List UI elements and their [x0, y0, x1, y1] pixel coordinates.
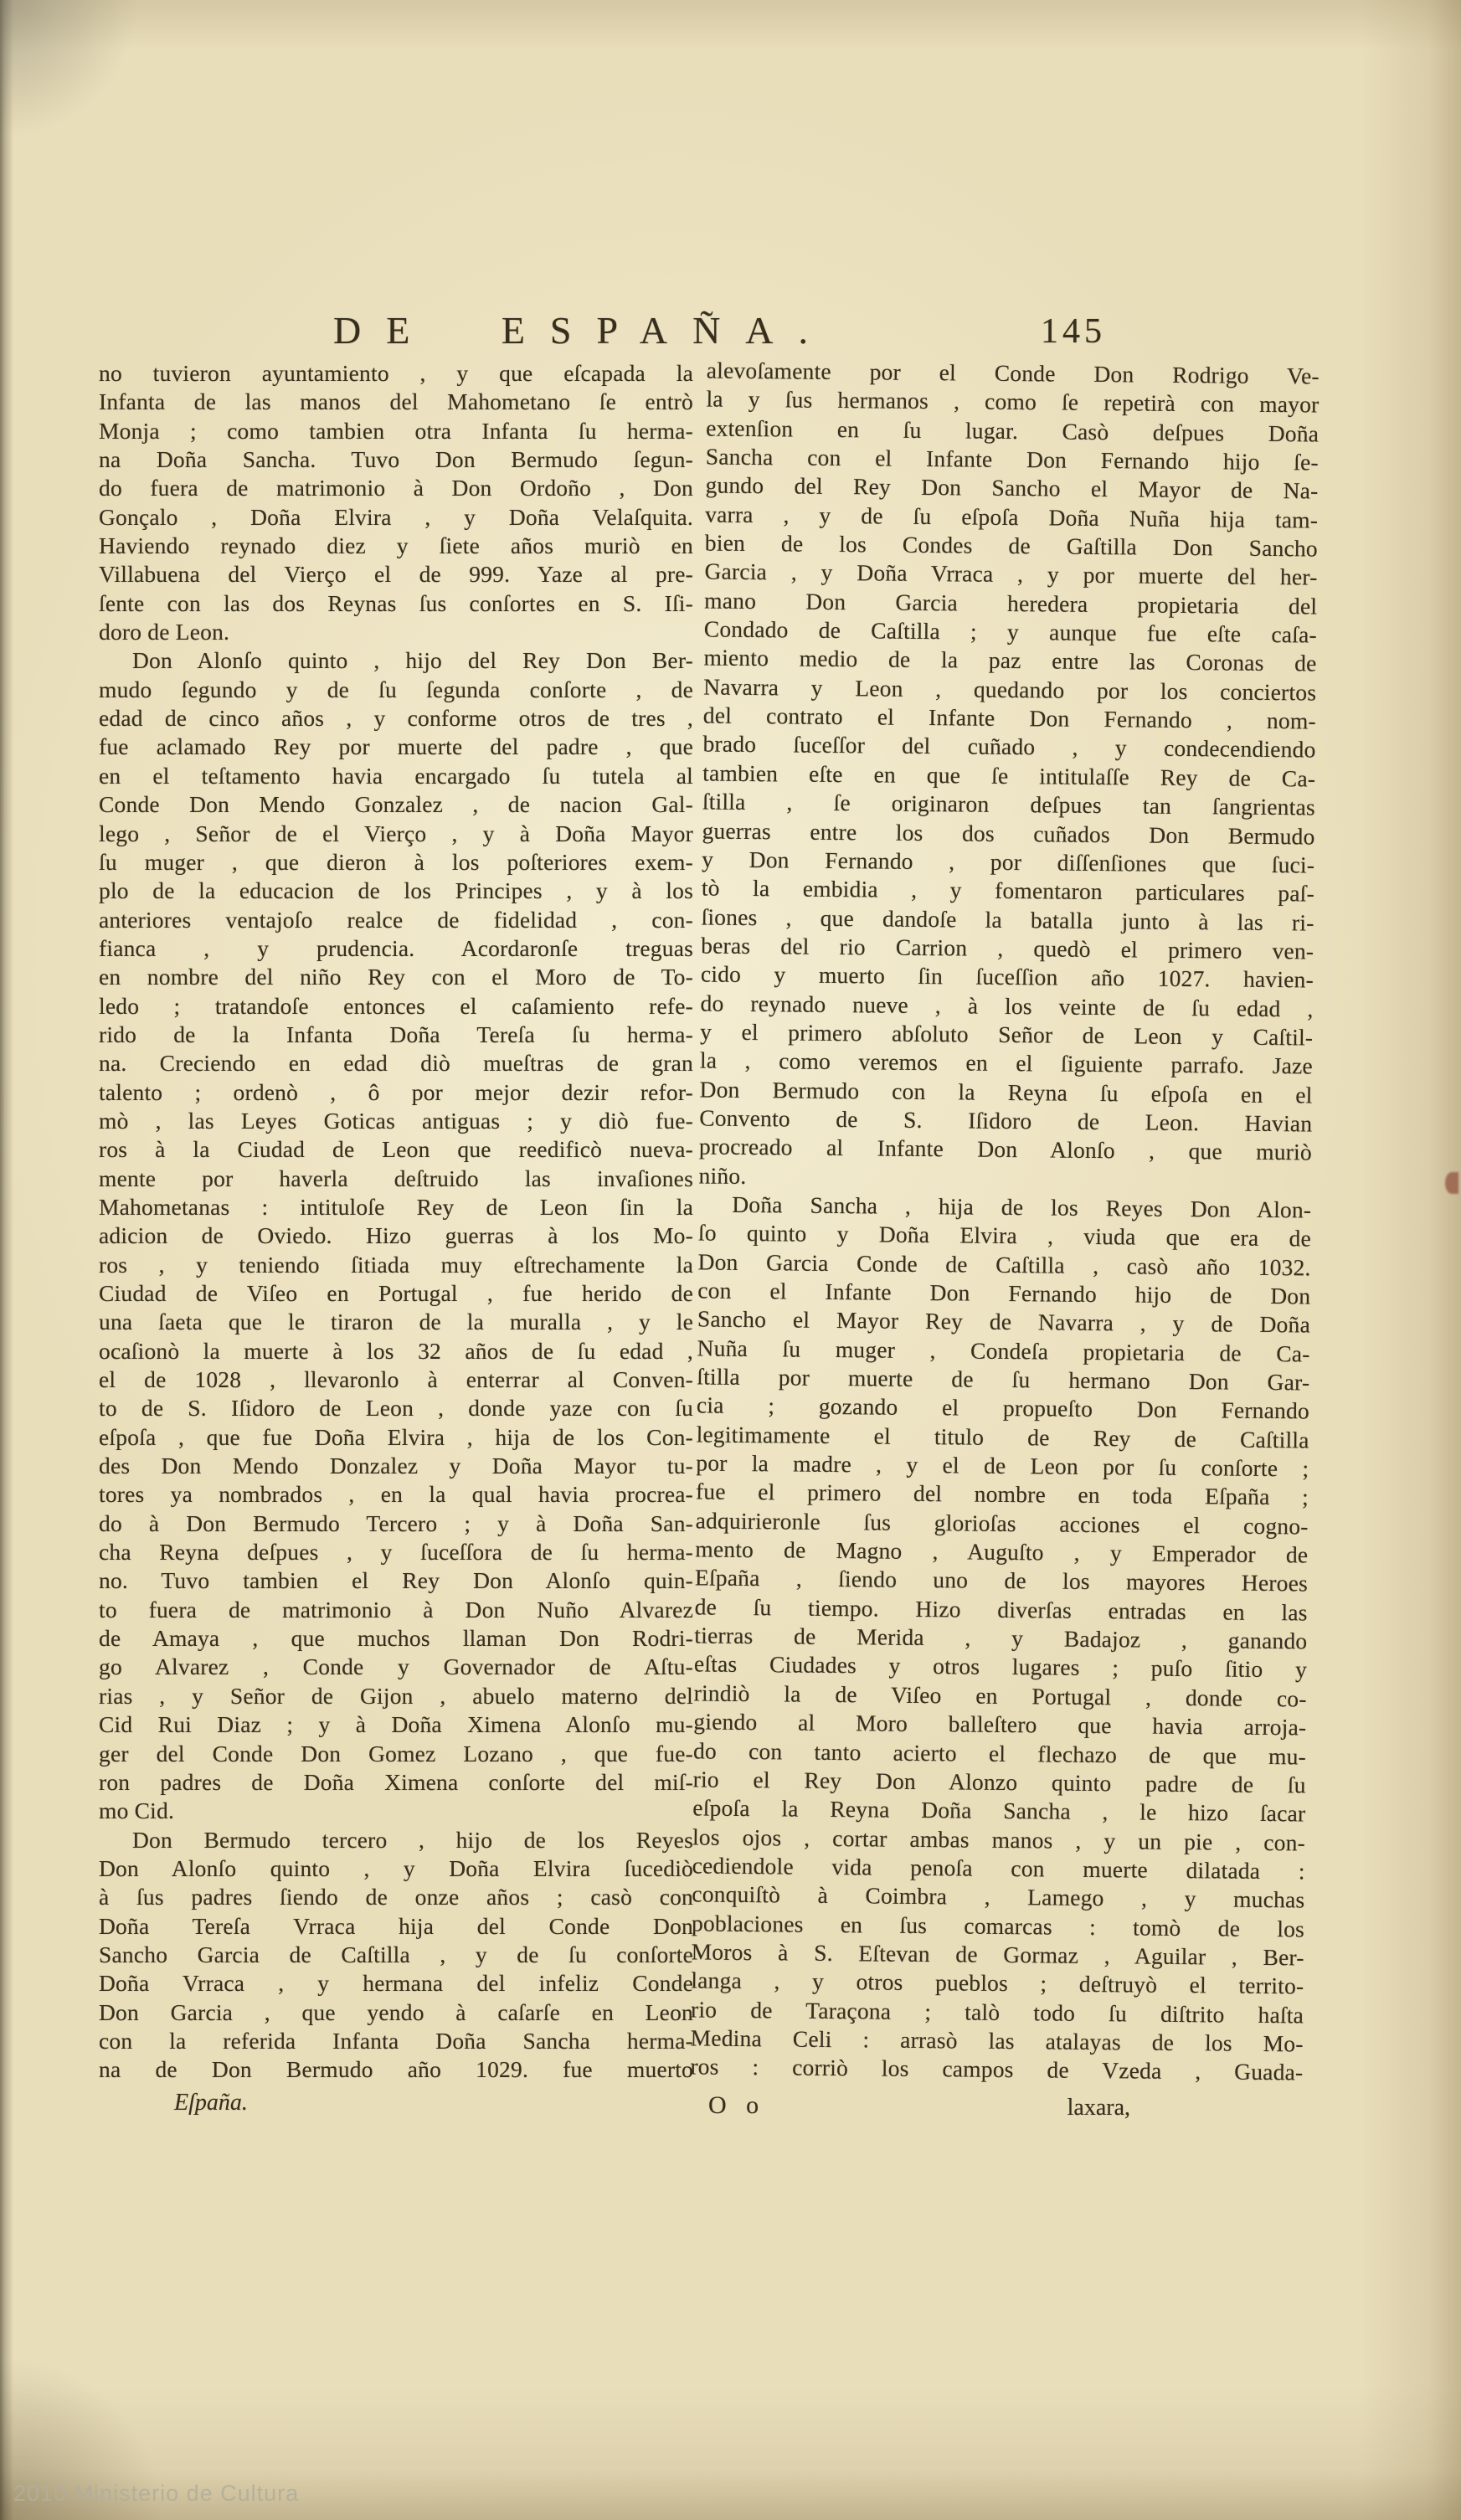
text-line: na Doña Sancha. Tuvo Don Bermudo ſegun-: [99, 445, 693, 474]
text-line: mudo ſegundo y de ſu ſegunda conſorte , …: [99, 676, 693, 704]
text-line: ſente con las dos Reynas ſus conſortes e…: [99, 589, 693, 618]
text-line: fue aclamado Rey por muerte del padre , …: [99, 733, 693, 761]
text-line: Conde Don Mendo Gonzalez , de nacion Gal…: [99, 790, 693, 819]
text-line: à ſus padres ſiendo de onze años ; casò …: [99, 1883, 693, 1911]
text-line: Sancho Garcia de Caſtilla , y de ſu conſ…: [99, 1941, 693, 1969]
text-line: tores ya nombrados , en la qual havia pr…: [99, 1480, 693, 1509]
text-line: ros , y teniendo ſitiada muy eſtrechamen…: [99, 1251, 693, 1279]
text-line: ros : corriò los campos de Vzeda , Guada…: [690, 2053, 1303, 2087]
text-line: ocaſionò la muerte à los 32 años de ſu e…: [99, 1337, 693, 1365]
footer-row: Eſpaña. O o laxara,: [0, 2090, 1461, 2128]
text-line: en el teſtamento havia encargado ſu tute…: [99, 762, 693, 790]
digitization-watermark: 2010 Ministerio de Cultura: [13, 2481, 299, 2507]
text-line: cha Reyna deſpues , y ſuceſſora de ſu he…: [99, 1538, 693, 1566]
text-line: to de S. Iſidoro de Leon , donde yaze co…: [99, 1394, 693, 1422]
text-line: Mahometanas : intituloſe Rey de Leon ſin…: [99, 1193, 693, 1221]
text-line: con la referida Infanta Doña Sancha herm…: [99, 2027, 693, 2055]
text-line: fianca , y prudencia. Acordaronſe tregua…: [99, 934, 693, 963]
text-line: una ſaeta que le tiraron de la muralla ,…: [99, 1308, 693, 1336]
text-line: Monja ; como tambien otra Infanta ſu her…: [99, 417, 693, 445]
scan-edge-stain: [1445, 1172, 1458, 1194]
text-line: Infanta de las manos del Mahometano ſe e…: [99, 388, 693, 416]
text-line: des Don Mendo Donzalez y Doña Mayor tu-: [99, 1452, 693, 1480]
text-block: no tuvieron ayuntamiento , y que eſcapad…: [99, 359, 1320, 2085]
text-line: Cid Rui Diaz ; y à Doña Ximena Alonſo mu…: [99, 1710, 693, 1739]
text-line: Don Garcia , que yendo à caſarſe en Leon: [99, 1998, 693, 2027]
text-line: plo de la educacion de los Principes , y…: [99, 877, 693, 905]
text-line: ſu muger , que dieron à los poſteriores …: [99, 848, 693, 877]
text-line: Don Alonſo quinto , hijo del Rey Don Ber…: [99, 646, 693, 675]
text-line: de Amaya , que muchos llaman Don Rodri-: [99, 1624, 693, 1653]
text-line: ger del Conde Don Gomez Lozano , que fue…: [99, 1740, 693, 1768]
text-line: edad de cinco años , y conforme otros de…: [99, 704, 693, 733]
text-line: talento ; ordenò , ô por mejor dezir ref…: [99, 1078, 693, 1107]
text-line: Don Alonſo quinto , y Doña Elvira ſucedi…: [99, 1854, 693, 1883]
page-number: 145: [1041, 311, 1106, 352]
catchword-left: Eſpaña.: [174, 2090, 248, 2116]
text-line: to fuera de matrimonio à Don Nuño Alvare…: [99, 1596, 693, 1624]
text-line: do fuera de matrimonio à Don Ordoño , Do…: [99, 474, 693, 502]
text-line: adicion de Oviedo. Hizo guerras à los Mo…: [99, 1221, 693, 1250]
text-line: Doña Tereſa Vrraca hija del Conde Don: [99, 1912, 693, 1941]
text-line: anteriores ventajoſo realce de fidelidad…: [99, 906, 693, 934]
text-line: Don Bermudo tercero , hijo de los Reyes: [99, 1826, 693, 1854]
running-title: DE ESPAÑA.: [333, 308, 833, 352]
text-line: no tuvieron ayuntamiento , y que eſcapad…: [99, 359, 693, 388]
text-line: Doña Vrraca , y hermana del infeliz Cond…: [99, 1969, 693, 1998]
scanned-book-page: { "header": { "title": "DE ESPAÑA.", "pa…: [0, 0, 1461, 2520]
text-line: rias , y Señor de Gijon , abuelo materno…: [99, 1682, 693, 1710]
text-line: ros à la Ciudad de Leon que reedificò nu…: [99, 1135, 693, 1164]
text-line: na. Creciendo en edad diò mueſtras de gr…: [99, 1049, 693, 1077]
signature-mark: O o: [708, 2091, 765, 2120]
text-line: mente por haverla deſtruido las invaſion…: [99, 1165, 693, 1193]
text-line: na de Don Bermudo año 1029. fue muerto: [99, 2055, 693, 2084]
text-line: el de 1028 , llevaronlo à enterrar al Co…: [99, 1365, 693, 1394]
text-column-left: no tuvieron ayuntamiento , y que eſcapad…: [99, 359, 693, 2085]
text-line: Ciudad de Viſeo en Portugal , fue herido…: [99, 1279, 693, 1308]
text-line: Villabuena del Vierço el de 999. Yaze al…: [99, 560, 693, 589]
text-line: Haviendo reynado diez y ſiete años muriò…: [99, 532, 693, 560]
text-line: rido de la Infanta Doña Tereſa ſu herma-: [99, 1021, 693, 1049]
text-line: mò , las Leyes Goticas antiguas ; y diò …: [99, 1107, 693, 1135]
text-line: no. Tuvo tambien el Rey Don Alonſo quin-: [99, 1566, 693, 1595]
catchword-right: laxara,: [963, 2095, 1130, 2121]
text-line: doro de Leon.: [99, 618, 693, 646]
text-column-right: alevoſamente por el Conde Don Rodrigo Ve…: [690, 356, 1320, 2087]
text-line: do à Don Bermudo Tercero ; y à Doña San-: [99, 1509, 693, 1538]
text-line: procreado al Infante Don Alonſo , que mu…: [699, 1133, 1312, 1167]
text-line: en nombre del niño Rey con el Moro de To…: [99, 963, 693, 991]
text-line: lego , Señor de el Vierço , y à Doña May…: [99, 820, 693, 848]
text-line: ron padres de Doña Ximena conſorte del m…: [99, 1768, 693, 1797]
text-line: eſpoſa , que fue Doña Elvira , hija de l…: [99, 1423, 693, 1452]
text-line: ledo ; tratandoſe entonces el caſamiento…: [99, 992, 693, 1021]
text-line: Gonçalo , Doña Elvira , y Doña Velaſquit…: [99, 503, 693, 532]
text-line: go Alvarez , Conde y Governador de Aſtu-: [99, 1653, 693, 1681]
text-line: mo Cid.: [99, 1797, 693, 1825]
